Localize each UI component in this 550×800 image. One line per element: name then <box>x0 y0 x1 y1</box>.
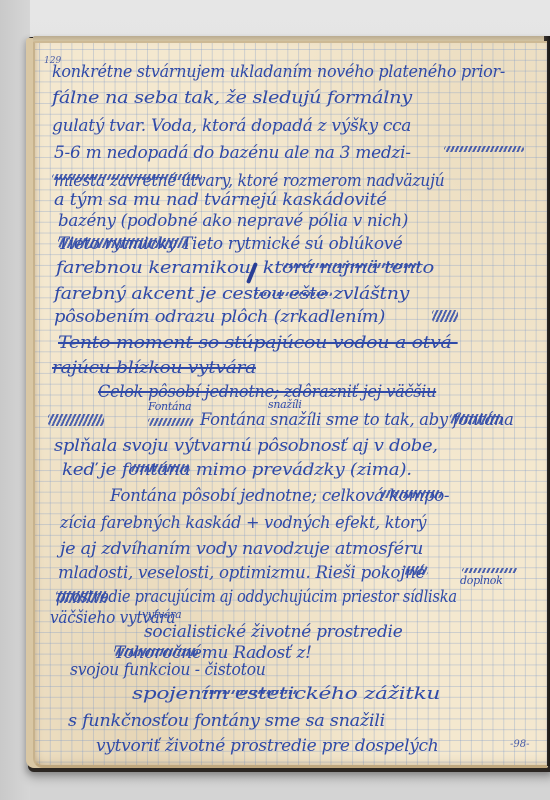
handwritten-line: spojením estetického zážitku <box>132 684 440 704</box>
handwritten-line: pôsobením odrazu plôch (zrkadlením) <box>54 307 385 327</box>
crossed-out-word <box>58 238 188 248</box>
crossed-out-word <box>432 310 458 322</box>
crossed-out-word <box>282 263 422 268</box>
handwritten-line: farebnou keramikou; ktorá najmä tento <box>56 258 434 278</box>
handwritten-line: socialistické životné prostredie <box>144 622 402 642</box>
handwritten-line: Fontána snažíli sme to tak, aby fontána <box>200 410 514 430</box>
page-number-bottom: -98- <box>510 739 529 750</box>
crossed-out-word <box>256 292 332 296</box>
handwritten-line: splňala svoju výtvarnú pôsobnosť aj v do… <box>54 436 438 456</box>
crossed-out-word <box>404 566 428 575</box>
crossed-out-word <box>52 174 202 180</box>
crossed-out-word <box>114 648 198 656</box>
handwritten-line: gulatý tvar. Voda, ktorá dopadá z výšky … <box>52 116 411 136</box>
struck-line: rajúcu blízkou vytvára <box>52 358 256 378</box>
handwritten-line: zícia farebných kaskád + vodných efekt, … <box>60 513 426 533</box>
handwritten-line: konkrétne stvárnujem ukladaním nového pl… <box>52 62 505 82</box>
handwritten-line: fálne na seba tak, že sledujú formálny <box>52 88 412 108</box>
handwritten-line: bazény (podobné ako nepravé pólia v nich… <box>58 211 408 231</box>
crossed-out-word <box>444 146 524 152</box>
handwritten-line: prostredie pracujúcim aj oddychujúcim pr… <box>56 587 457 607</box>
crossed-out-word <box>462 568 518 573</box>
handwritten-line: keď je fontána mimo prevádzky (zima). <box>62 460 412 480</box>
handwritten-line: 5-6 m nedopadá do bazénu ale na 3 medzi- <box>54 143 411 163</box>
handwritten-line: mladosti, veselosti, optimizmu. Rieši po… <box>58 563 425 583</box>
handwritten-line: svojou funkciou - čistotou <box>70 660 266 680</box>
insertion-text: vytvára <box>142 608 181 621</box>
crossed-out-word <box>148 418 194 426</box>
crossed-out-word <box>202 690 298 694</box>
crossed-out-word <box>56 591 108 603</box>
handwritten-line: je aj zdvíhaním vody navodzuje atmosféru <box>60 539 423 559</box>
insertion-text: Fontána <box>148 400 191 413</box>
handwritten-line: s funkčnosťou fontány sme sa snažili <box>68 711 385 731</box>
crossed-out-word <box>48 414 104 426</box>
crossed-out-word <box>380 490 442 498</box>
struck-line: Tento moment so stúpajúcou vodou a otvá- <box>58 333 458 353</box>
handwritten-line: vytvoriť životné prostredie pre dospelýc… <box>96 736 438 756</box>
handwritten-line: a tým sa mu nad tvárnejú kaskádovité <box>54 190 387 210</box>
handwritten-line: farebný akcent je cestou ešte zvláštny <box>54 284 409 304</box>
crossed-out-word <box>130 464 190 472</box>
insertion-text: doplnok <box>460 574 503 587</box>
